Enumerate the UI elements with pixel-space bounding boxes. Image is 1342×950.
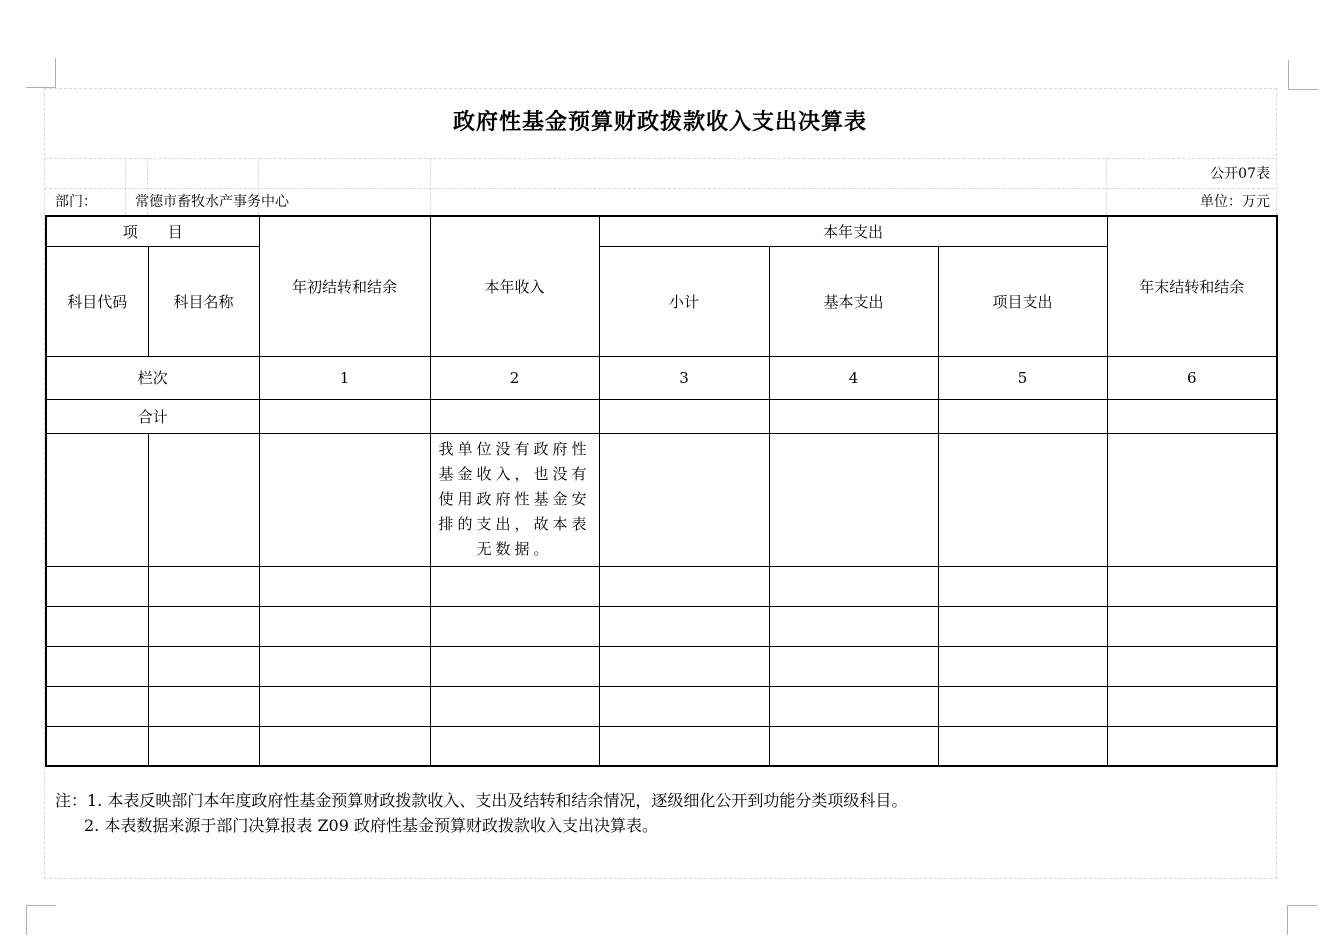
empty-cell: [259, 686, 430, 726]
header-current-year-expenditure: 本年支出: [599, 216, 1107, 246]
empty-cell: [938, 606, 1107, 646]
empty-cell: [938, 433, 1107, 566]
margin-corner-mark: [1287, 905, 1317, 935]
empty-cell: [430, 646, 599, 686]
empty-cell: [430, 606, 599, 646]
empty-cell: [259, 566, 430, 606]
empty-cell: [148, 686, 259, 726]
empty-cell: [259, 646, 430, 686]
empty-cell: [769, 606, 938, 646]
empty-cell: [769, 433, 938, 566]
empty-cell: [769, 646, 938, 686]
column-index-4: 4: [769, 356, 938, 399]
empty-cell: [46, 646, 148, 686]
header-current-year-income: 本年收入: [430, 216, 599, 356]
gridline: [44, 188, 1275, 189]
empty-cell: [148, 566, 259, 606]
empty-cell: [1107, 726, 1277, 766]
table-code: 公开07表: [44, 163, 1270, 183]
margin-corner-mark: [26, 905, 56, 935]
empty-cell: [938, 646, 1107, 686]
empty-cell: [599, 566, 769, 606]
table-row: [46, 726, 1277, 766]
header-subject-name: 科目名称: [148, 246, 259, 356]
header-project-expenditure: 项目支出: [938, 246, 1107, 356]
column-index-1: 1: [259, 356, 430, 399]
empty-cell: [430, 566, 599, 606]
empty-cell: [46, 566, 148, 606]
header-item-group: 项 目: [46, 216, 259, 246]
table-row: [46, 646, 1277, 686]
column-index-row: 栏次 1 2 3 4 5 6: [46, 356, 1277, 399]
table-row: [46, 566, 1277, 606]
total-cell: [938, 399, 1107, 433]
empty-cell: [46, 726, 148, 766]
column-index-5: 5: [938, 356, 1107, 399]
empty-cell: [769, 566, 938, 606]
empty-cell: [46, 433, 148, 566]
gridline: [44, 158, 1275, 159]
empty-cell: [46, 606, 148, 646]
empty-cell: [46, 686, 148, 726]
footnote-2: 2. 本表数据来源于部门决算报表 Z09 政府性基金预算财政拨款收入支出决算表。: [84, 813, 658, 836]
no-data-row: 我单位没有政府性基金收入，也没有使用政府性基金安排的支出，故本表无数据。: [46, 433, 1277, 566]
margin-corner-mark: [26, 58, 56, 88]
empty-cell: [1107, 433, 1277, 566]
total-cell: [1107, 399, 1277, 433]
total-label: 合计: [46, 399, 259, 433]
empty-cell: [430, 686, 599, 726]
empty-cell: [259, 726, 430, 766]
column-index-6: 6: [1107, 356, 1277, 399]
fund-budget-table: 项 目 年初结转和结余 本年收入 本年支出 年末结转和结余 科目代码 科目名称 …: [45, 215, 1278, 767]
empty-cell: [769, 686, 938, 726]
empty-cell: [1107, 646, 1277, 686]
document-page: 政府性基金预算财政拨款收入支出决算表 公开07表 部门： 常德市畜牧水产事务中心…: [0, 0, 1342, 950]
header-subtotal: 小计: [599, 246, 769, 356]
total-cell: [769, 399, 938, 433]
table-row: [46, 686, 1277, 726]
empty-cell: [599, 726, 769, 766]
empty-cell: [148, 726, 259, 766]
total-cell: [430, 399, 599, 433]
empty-cell: [148, 433, 259, 566]
total-cell: [599, 399, 769, 433]
empty-cell: [148, 606, 259, 646]
empty-cell: [938, 686, 1107, 726]
empty-cell: [599, 646, 769, 686]
empty-cell: [938, 726, 1107, 766]
header-beginning-balance: 年初结转和结余: [259, 216, 430, 356]
empty-cell: [1107, 686, 1277, 726]
empty-cell: [1107, 566, 1277, 606]
column-index-2: 2: [430, 356, 599, 399]
empty-cell: [599, 606, 769, 646]
column-index-label: 栏次: [46, 356, 259, 399]
empty-cell: [769, 726, 938, 766]
page-title: 政府性基金预算财政拨款收入支出决算表: [44, 105, 1276, 136]
empty-cell: [259, 606, 430, 646]
header-row-1: 项 目 年初结转和结余 本年收入 本年支出 年末结转和结余: [46, 216, 1277, 246]
empty-cell: [599, 686, 769, 726]
total-row: 合计: [46, 399, 1277, 433]
no-data-note: 我单位没有政府性基金收入，也没有使用政府性基金安排的支出，故本表无数据。: [430, 433, 599, 566]
margin-corner-mark: [1288, 60, 1318, 90]
table-row: [46, 606, 1277, 646]
total-cell: [259, 399, 430, 433]
footnote-1: 注：1. 本表反映部门本年度政府性基金预算财政拨款收入、支出及结转和结余情况，逐…: [55, 788, 907, 811]
empty-cell: [599, 433, 769, 566]
empty-cell: [259, 433, 430, 566]
unit-label: 单位：万元: [44, 191, 1270, 211]
header-year-end-balance: 年末结转和结余: [1107, 216, 1277, 356]
empty-cell: [938, 566, 1107, 606]
empty-cell: [1107, 606, 1277, 646]
header-row-2: 科目代码 科目名称 小计 基本支出 项目支出: [46, 246, 1277, 356]
header-subject-code: 科目代码: [46, 246, 148, 356]
header-basic-expenditure: 基本支出: [769, 246, 938, 356]
empty-cell: [148, 646, 259, 686]
empty-cell: [430, 726, 599, 766]
column-index-3: 3: [599, 356, 769, 399]
